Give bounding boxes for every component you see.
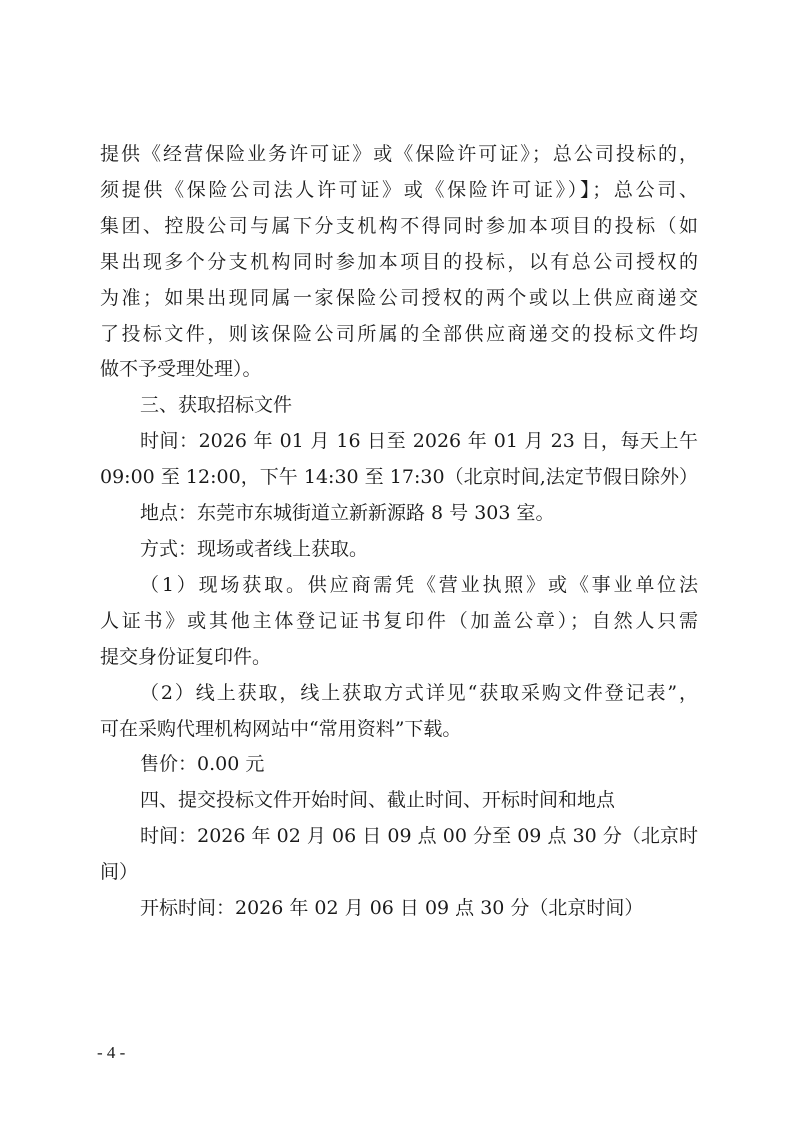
time-line: 09:00 至 12:00，下午 14:30 至 17:30（北京时间,法定节假… [100, 460, 698, 496]
time-line: 时间：2026 年 02 月 06 日 09 点 00 分至 09 点 30 分… [100, 819, 698, 855]
time-line: 间） [100, 855, 698, 891]
section-3: 三、获取招标文件 时间：2026 年 01 月 16 日至 2026 年 01 … [100, 388, 698, 783]
section-4: 四、提交投标文件开始时间、截止时间、开标时间和地点 时间：2026 年 02 月… [100, 783, 698, 927]
section-heading: 三、获取招标文件 [100, 388, 698, 424]
qualification-paragraph: 提供《经营保险业务许可证》或《保险许可证》；总公司投标的， 须提供《保险公司法人… [100, 137, 698, 388]
text-line: 了投标文件，则该保险公司所属的全部供应商递交的投标文件均 [100, 317, 698, 353]
onsite-line: 提交身份证复印件。 [100, 640, 698, 676]
method-line: 方式：现场或者线上获取。 [100, 532, 698, 568]
text-line: 集团、控股公司与属下分支机构不得同时参加本项目的投标（如 [100, 209, 698, 245]
online-line: 可在采购代理机构网站中“常用资料”下载。 [100, 712, 698, 748]
text-line: 须提供《保险公司法人许可证》或《保险许可证》）】；总公司、 [100, 173, 698, 209]
text-line: 做不予受理处理）。 [100, 352, 698, 388]
document-page: 提供《经营保险业务许可证》或《保险许可证》；总公司投标的， 须提供《保险公司法人… [0, 0, 794, 1123]
location-line: 地点：东莞市东城街道立新新源路 8 号 303 室。 [100, 496, 698, 532]
opening-time-line: 开标时间：2026 年 02 月 06 日 09 点 30 分（北京时间） [100, 891, 698, 927]
text-line: 果出现多个分支机构同时参加本项目的投标，以有总公司授权的 [100, 245, 698, 281]
section-heading: 四、提交投标文件开始时间、截止时间、开标时间和地点 [100, 783, 698, 819]
price-line: 售价：0.00 元 [100, 747, 698, 783]
onsite-line: （1）现场获取。供应商需凭《营业执照》或《事业单位法 [100, 568, 698, 604]
online-line: （2）线上获取，线上获取方式详见“获取采购文件登记表”， [100, 676, 698, 712]
page-content: 提供《经营保险业务许可证》或《保险许可证》；总公司投标的， 须提供《保险公司法人… [100, 137, 698, 927]
page-number: - 4 - [97, 1043, 125, 1063]
onsite-line: 人证书》或其他主体登记证书复印件（加盖公章）；自然人只需 [100, 604, 698, 640]
time-line: 时间：2026 年 01 月 16 日至 2026 年 01 月 23 日，每天… [100, 424, 698, 460]
text-line: 提供《经营保险业务许可证》或《保险许可证》；总公司投标的， [100, 137, 698, 173]
text-line: 为准；如果出现同属一家保险公司授权的两个或以上供应商递交 [100, 281, 698, 317]
